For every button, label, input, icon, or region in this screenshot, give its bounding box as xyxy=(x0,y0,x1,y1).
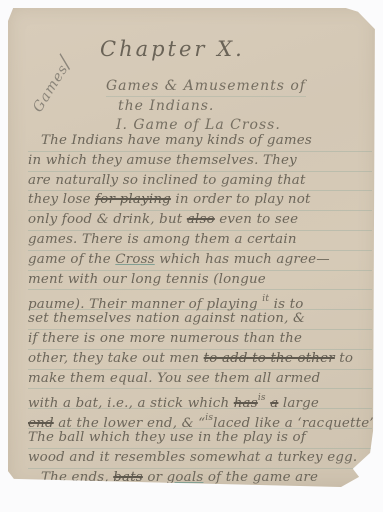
manuscript-segment-underline: Cross xyxy=(115,252,154,267)
manuscript-line: paume). Their manner of playing it is to xyxy=(28,290,372,310)
manuscript-segment-sup: is xyxy=(258,393,266,403)
manuscript-segment: marked in an open plain; these ends face xyxy=(28,489,316,504)
manuscript-segment: which has much agree— xyxy=(155,252,330,267)
manuscript-segment: games. There is among them a certain xyxy=(28,232,297,247)
manuscript-segment-strike: bats xyxy=(113,470,143,485)
scanned-manuscript-page: Games/ Chapter X. Games & Amusements of … xyxy=(0,0,383,512)
manuscript-segment: if there is one more numerous than the xyxy=(28,331,302,346)
manuscript-line: end at the lower end, & “islaced like a … xyxy=(28,409,372,429)
manuscript-segment: even to see xyxy=(215,212,298,227)
manuscript-segment: make them equal. You see them all armed xyxy=(28,371,320,386)
manuscript-segment: only food & drink, but xyxy=(28,212,187,227)
subtitle-line-2: the Indians. xyxy=(118,97,306,116)
chapter-title: Chapter X. xyxy=(100,37,306,61)
manuscript-segment: The ends, xyxy=(41,470,113,485)
subtitle-line-1: Games & Amusements of xyxy=(106,77,306,97)
manuscript-segment-strike: also xyxy=(187,212,215,227)
manuscript-segment: in which they amuse themselves. They xyxy=(28,153,297,168)
manuscript-segment: they lose xyxy=(28,192,95,207)
manuscript-line: with a bat, i.e., a stick which hasis a … xyxy=(28,389,372,409)
manuscript-segment: The Indians have many kinds of games xyxy=(41,133,312,148)
manuscript-segment: other, they take out men xyxy=(28,351,204,366)
manuscript-line: are naturally so inclined to gaming that xyxy=(28,172,372,192)
manuscript-segment: in order to play not xyxy=(171,192,311,207)
manuscript-line: The ball which they use in the play is o… xyxy=(28,429,372,449)
manuscript-segment: of the game are xyxy=(203,470,318,485)
corner-note-text: Games xyxy=(30,62,72,116)
manuscript-line: The ends, bats or goals of the game are xyxy=(28,469,372,489)
manuscript-segment: to xyxy=(335,351,353,366)
manuscript-body: The Indians have many kinds of gamesin w… xyxy=(28,132,372,508)
heading-block: Chapter X. Games & Amusements of the Ind… xyxy=(100,37,306,135)
manuscript-paper: Games/ Chapter X. Games & Amusements of … xyxy=(8,7,376,488)
manuscript-line: other, they take out men to add to the o… xyxy=(28,350,372,370)
manuscript-line: wood and it resembles somewhat a turkey … xyxy=(28,449,372,469)
manuscript-segment: or xyxy=(143,470,167,485)
manuscript-line: if there is one more numerous than the xyxy=(28,330,372,350)
manuscript-segment-sup: is xyxy=(205,413,213,423)
manuscript-segment: are naturally so inclined to gaming that xyxy=(28,173,306,188)
corner-pencil-note: Games/ xyxy=(24,52,76,116)
manuscript-line: make them equal. You see them all armed xyxy=(28,370,372,390)
manuscript-line: only food & drink, but also even to see xyxy=(28,211,372,231)
manuscript-line: games. There is among them a certain xyxy=(28,231,372,251)
manuscript-line: they lose for playing in order to play n… xyxy=(28,191,372,211)
manuscript-line: game of the Cross which has much agree— xyxy=(28,251,372,271)
manuscript-line: The Indians have many kinds of games xyxy=(28,132,372,152)
manuscript-line: ment with our long tennis (longue xyxy=(28,271,372,291)
manuscript-segment-underline: goals xyxy=(167,470,204,485)
manuscript-segment: The ball which they use in the play is o… xyxy=(28,430,306,445)
manuscript-line: marked in an open plain; these ends face xyxy=(28,488,372,508)
manuscript-segment-strike: for playing xyxy=(95,192,171,207)
manuscript-line: in which they amuse themselves. They xyxy=(28,152,372,172)
manuscript-segment-strike: to add to the other xyxy=(204,351,335,366)
manuscript-segment: ment with our long tennis (longue xyxy=(28,272,266,287)
manuscript-line: set themselves nation against nation, & xyxy=(28,310,372,330)
manuscript-segment: set themselves nation against nation, & xyxy=(28,311,305,326)
manuscript-segment: game of the xyxy=(28,252,115,267)
manuscript-segment: wood and it resembles somewhat a turkey … xyxy=(28,450,357,465)
